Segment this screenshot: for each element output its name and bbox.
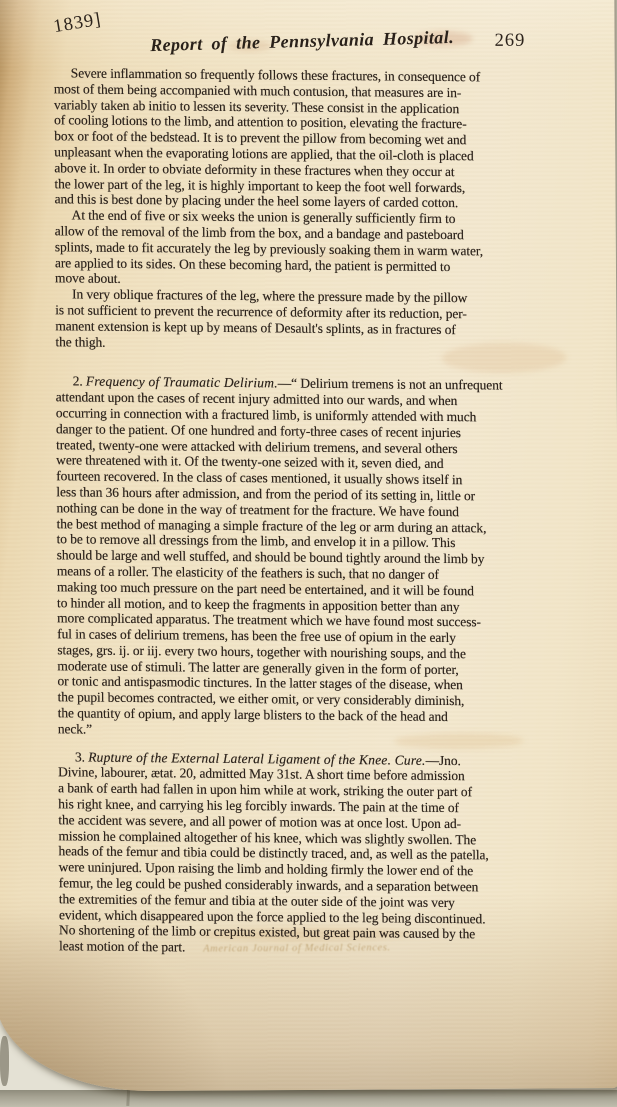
- text-column: Severe inflammation so frequently follow…: [54, 65, 585, 959]
- paragraph-oblique-fractures: In very oblique fractures of the leg, wh…: [55, 286, 581, 354]
- text-segment: —“ Delirium tremens is not an unfrequent: [278, 376, 503, 393]
- italic-text-segment: Frequency of Traumatic Delirium.: [86, 374, 278, 391]
- text-segment: —Jno.: [426, 752, 461, 767]
- book-page: 1839] Report of the Pennsylvania Hospita…: [0, 0, 617, 1092]
- paragraph-traumatic-delirium: 2. Frequency of Traumatic Delirium.—“ De…: [56, 374, 584, 742]
- paragraph-knee-ligament-rupture: 3. Rupture of the External Lateral Ligam…: [58, 749, 585, 959]
- page-number: 269: [495, 31, 526, 52]
- text-segment: 2.: [73, 374, 86, 389]
- paragraph-union-and-splints: At the end of five or six weeks the unio…: [55, 207, 582, 291]
- book-page-scan: 1839] Report of the Pennsylvania Hospita…: [0, 0, 617, 1107]
- bleed-through-text: American Journal of Medical Sciences.: [203, 942, 463, 955]
- binding-shadow: [0, 1036, 9, 1086]
- paragraph-fracture-inflammation: Severe inflammation so frequently follow…: [54, 65, 581, 212]
- header-year: 1839]: [52, 10, 103, 39]
- text-segment: 3.: [75, 749, 88, 764]
- table-edge-band: [0, 1090, 617, 1107]
